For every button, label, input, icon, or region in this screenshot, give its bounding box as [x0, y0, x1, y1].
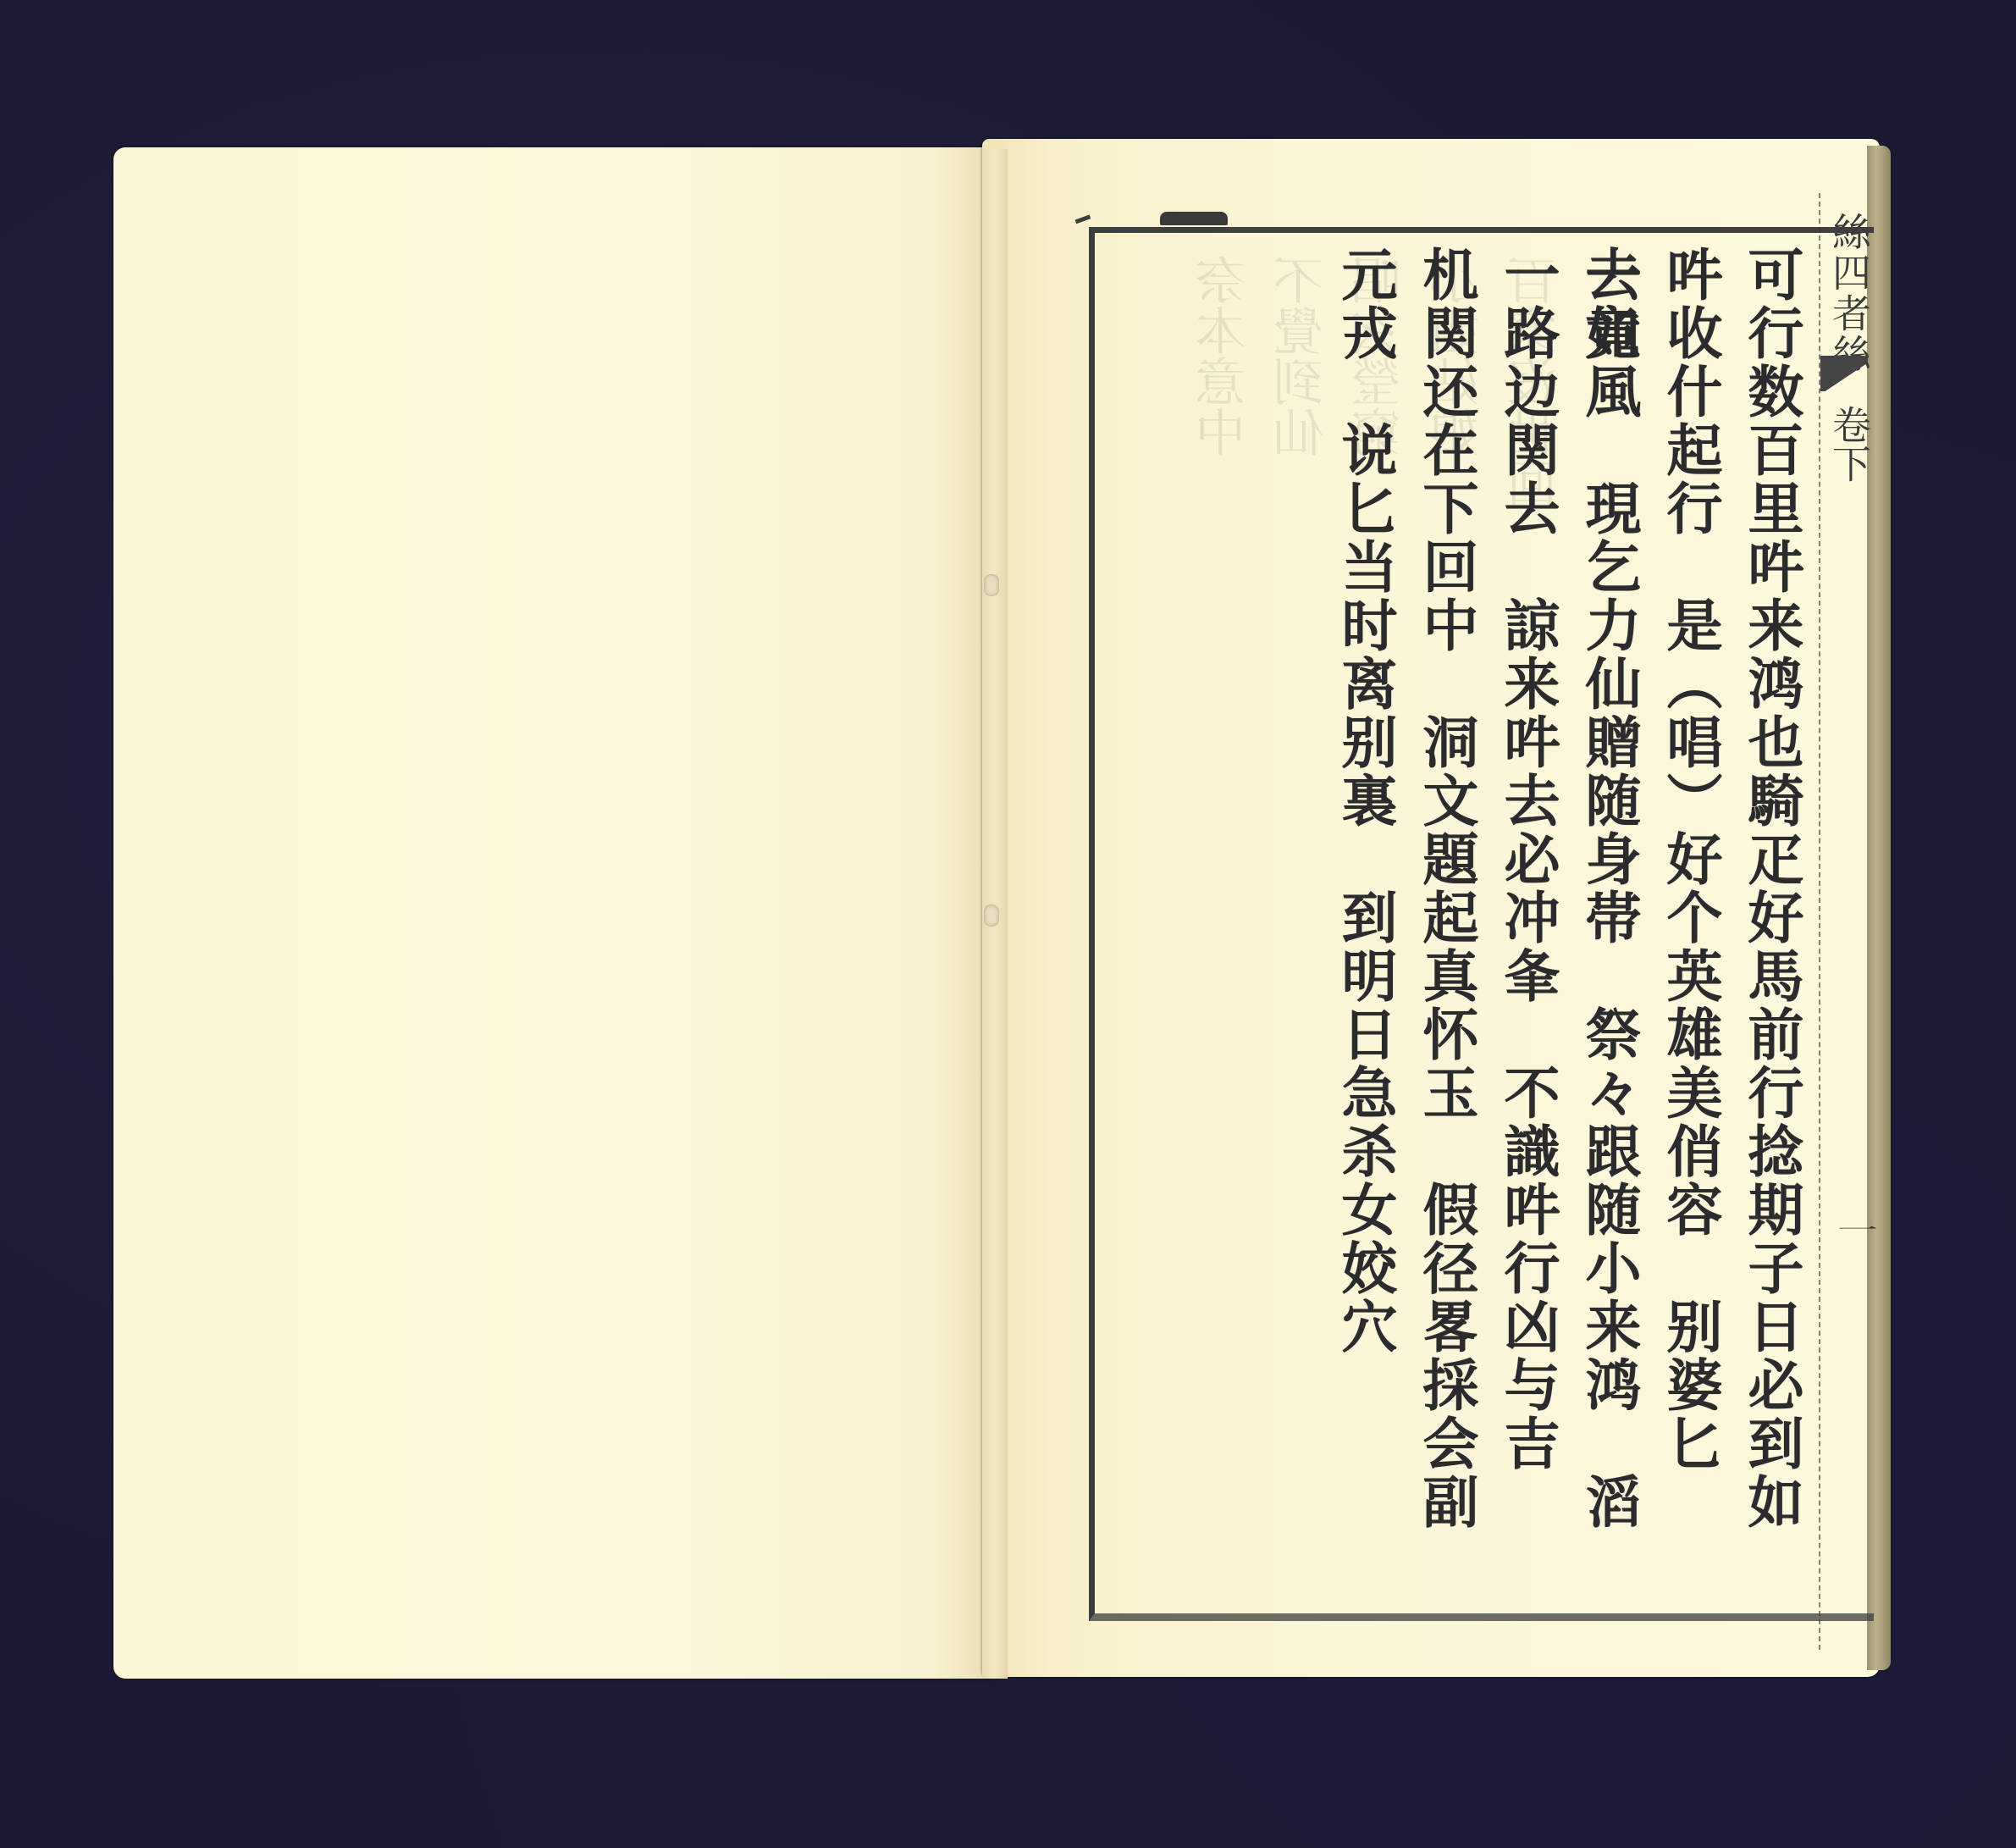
- banxin-page-number: 一: [1837, 1213, 1878, 1242]
- banxin-title: 絲四者絲: [1829, 212, 1870, 374]
- binding-stitch-upper: [984, 574, 999, 596]
- text-column-6: 元戎 说匕当时离别裏 到明日急杀女姣穴: [1324, 246, 1406, 1575]
- left-page-blank: [113, 147, 994, 1679]
- open-book: 百家沒世回 小姐姑娘 唱玄瑩窮 不覺到仙 奈本意中 絲四者絲 卷下 一 可行数百…: [0, 0, 2016, 1848]
- text-column-3: 去如風 現乞力仙贈随身帯 祭々跟随小来鸿 滔: [1568, 246, 1649, 1575]
- text-column-1: 可行数百里吽来鸿也騎疋好馬前行捻期子日必到如: [1731, 246, 1812, 1575]
- text-column-2: 吽收什起行 是（唱）好个英雄美俏容 别婆匕 一竟: [1649, 246, 1731, 1575]
- banxin-volume: 卷下: [1829, 405, 1870, 483]
- ink-blot: [1160, 212, 1228, 225]
- text-columns: 可行数百里吽来鸿也騎疋好馬前行捻期子日必到如 吽收什起行 是（唱）好个英雄美俏容…: [1321, 246, 1812, 1575]
- binding-stitch-lower: [984, 905, 999, 927]
- text-column-4: 一路边関去 諒来吽去必冲夆 不識吽行凶与吉: [1487, 246, 1568, 1575]
- text-column-5: 机関还在下回中 洞文題起真怀玉 假径畧採会副: [1406, 246, 1487, 1575]
